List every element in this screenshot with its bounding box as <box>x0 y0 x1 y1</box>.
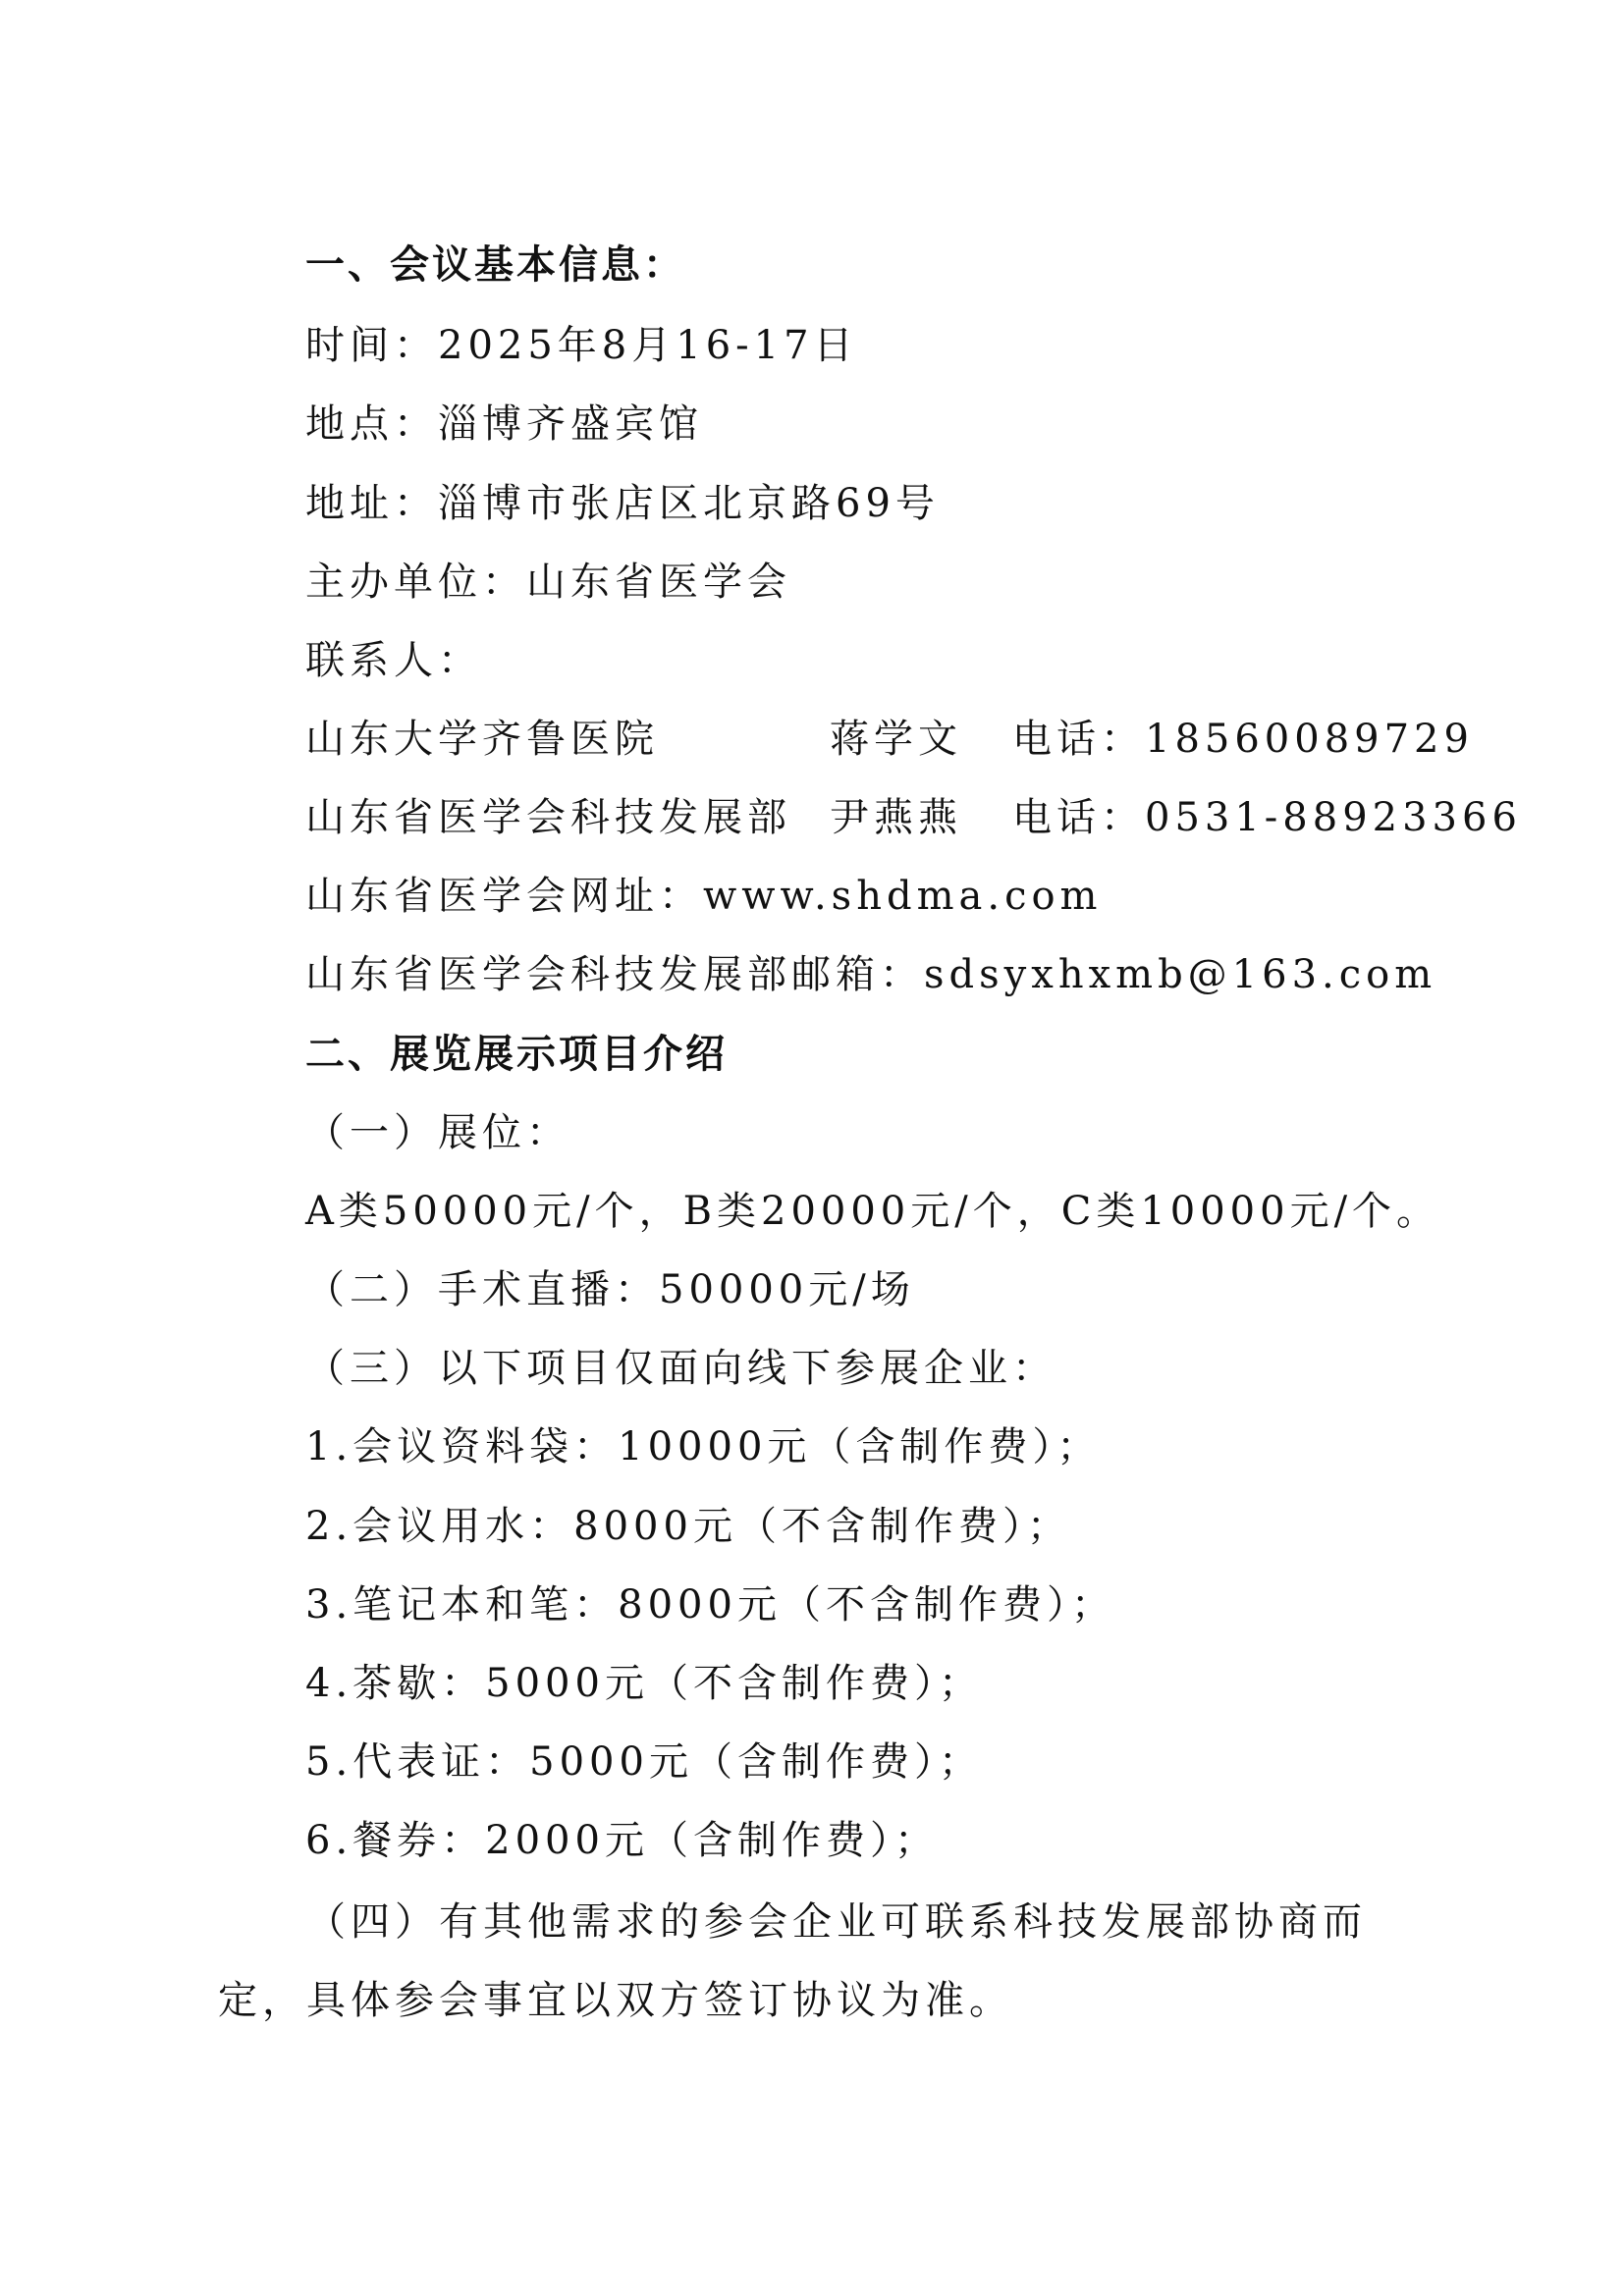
contacts-label: 联系人： <box>305 637 482 684</box>
booth-prices: A类50000元/个，B类20000元/个，C类10000元/个。 <box>305 1188 1440 1235</box>
offline-item: 4.茶歇：5000元（不含制作费）； <box>305 1660 983 1707</box>
contact-name: 蒋学文 <box>830 716 1012 763</box>
contact-org: 山东省医学会科技发展部 <box>305 794 830 841</box>
offline-item: 1.会议资料袋：10000元（含制作费）； <box>305 1423 1101 1470</box>
meeting-organizer: 主办单位：山东省医学会 <box>305 559 791 606</box>
website-line: 山东省医学会网址：www.shdma.com <box>305 873 1102 920</box>
booth-title: （一）展位： <box>305 1109 570 1156</box>
contact-name: 尹燕燕 <box>830 794 1012 841</box>
meeting-time: 时间：2025年8月16-17日 <box>305 322 858 369</box>
contact-phone: 电话：0531-88923366 <box>1012 795 1522 840</box>
offline-item: 3.笔记本和笔：8000元（不含制作费）； <box>305 1581 1115 1629</box>
contact-row: 山东省医学会科技发展部尹燕燕电话：0531-88923366 <box>305 794 1522 841</box>
meeting-address: 地址：淄博市张店区北京路69号 <box>305 480 940 527</box>
other-requirements: （四）有其他需求的参会企业可联系科技发展部协商而定，具体参会事宜以双方签订协议为… <box>218 1883 1426 2040</box>
contact-row: 山东大学齐鲁医院蒋学文电话：18560089729 <box>305 716 1474 763</box>
email-line: 山东省医学会科技发展部邮箱：sdsyxhxmb@163.com <box>305 951 1436 998</box>
meeting-venue: 地点：淄博齐盛宾馆 <box>305 400 703 448</box>
offline-item: 6.餐券：2000元（含制作费）； <box>305 1817 939 1864</box>
offline-item: 5.代表证：5000元（含制作费）； <box>305 1738 983 1786</box>
surgery-live: （二）手术直播：50000元/场 <box>305 1266 915 1313</box>
contact-phone: 电话：18560089729 <box>1012 717 1474 762</box>
contact-org: 山东大学齐鲁医院 <box>305 716 830 763</box>
section2-heading: 二、展览展示项目介绍 <box>305 1031 728 1078</box>
offline-item: 2.会议用水：8000元（不含制作费）； <box>305 1503 1071 1550</box>
section1-heading: 一、会议基本信息： <box>305 241 685 289</box>
offline-title: （三）以下项目仅面向线下参展企业： <box>305 1345 1056 1392</box>
